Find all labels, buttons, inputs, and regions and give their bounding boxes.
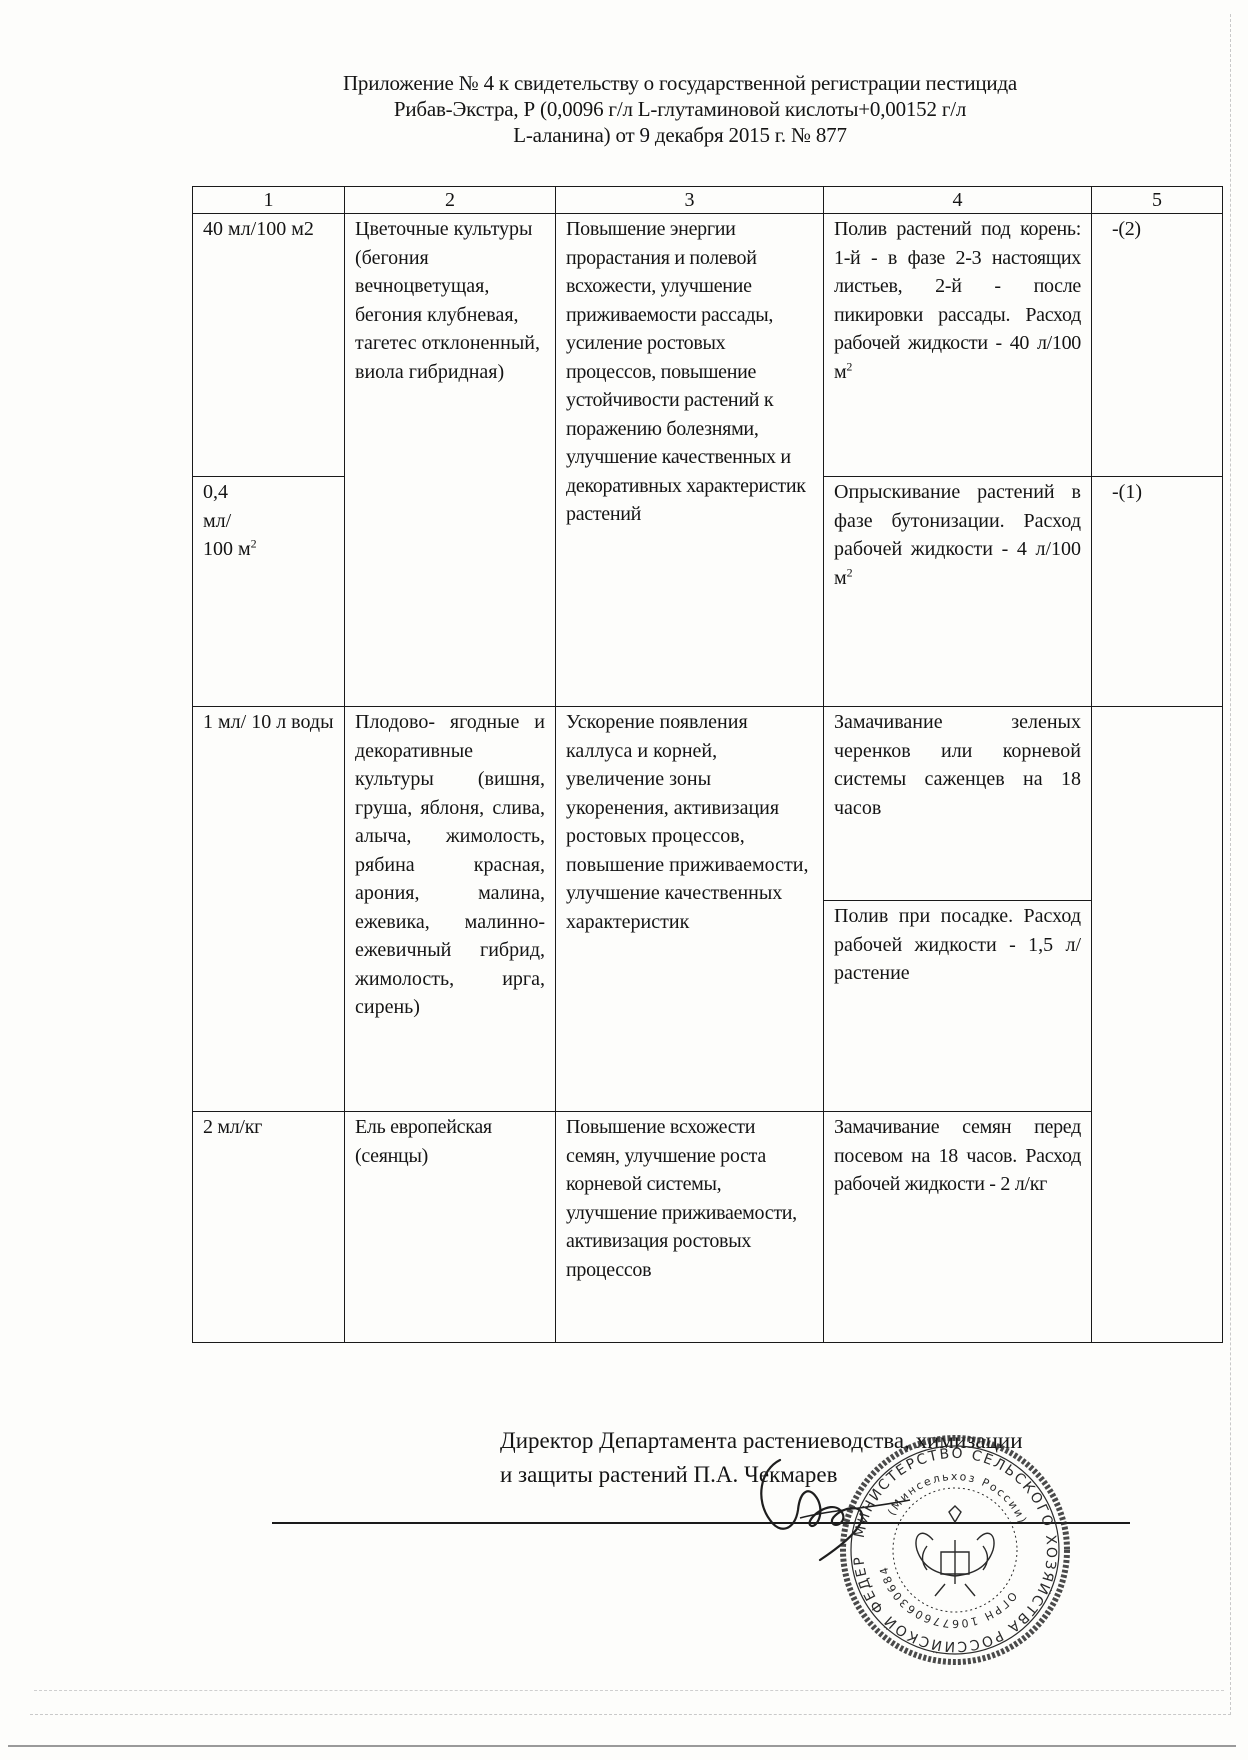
superscript: 2 [847, 565, 853, 579]
page-scan-border-inner [34, 1690, 1224, 1692]
method-cell: Замачивание зеленых черенков или корнево… [824, 707, 1092, 901]
method-text: Полив растений под корень: 1-й - в фазе … [834, 218, 1081, 383]
rate-cell: 1 мл/ 10 л воды [193, 707, 345, 1112]
column-header: 5 [1092, 187, 1223, 214]
column-header: 4 [824, 187, 1092, 214]
rate-cell: 2 мл/кг [193, 1112, 345, 1343]
method-cell: Полив растений под корень: 1-й - в фазе … [824, 214, 1092, 477]
heading-line-2: Рибав-Экстра, Р (0,0096 г/л L-глутаминов… [240, 96, 1120, 122]
heading-line-1: Приложение № 4 к свидетельству о государ… [240, 70, 1120, 96]
rate-cell: 40 мл/100 м2 [193, 214, 345, 477]
method-cell: Опрыскивание растений в фазе бутонизации… [824, 477, 1092, 707]
rate-cell: 0,4 мл/ 100 м2 [193, 477, 345, 707]
waiting-period-cell [1092, 707, 1223, 1343]
rate-line: 100 м2 [203, 535, 334, 564]
column-header: 2 [345, 187, 556, 214]
table-row: 2 мл/кг Ель европейская (сеянцы) Повышен… [193, 1112, 1223, 1343]
document-heading: Приложение № 4 к свидетельству о государ… [240, 70, 1120, 148]
rate-line: мл/ [203, 507, 334, 536]
crop-cell: Плодово- ягодные и декоративные культуры… [345, 707, 556, 1112]
crop-cell: Цветочные культуры (бегония вечноцветуща… [345, 214, 556, 707]
column-header: 1 [193, 187, 345, 214]
column-header: 3 [556, 187, 824, 214]
scan-bottom-edge [8, 1745, 1236, 1747]
purpose-cell: Повышение всхожести семян, улучшение рос… [556, 1112, 824, 1343]
superscript: 2 [846, 359, 852, 373]
table-row: 1 мл/ 10 л воды Плодово- ягодные и декор… [193, 707, 1223, 901]
method-cell: Полив при посадке. Расход рабочей жидкос… [824, 901, 1092, 1112]
crop-cell: Ель европейская (сеянцы) [345, 1112, 556, 1343]
method-text: Опрыскивание растений в фазе бутонизации… [834, 481, 1081, 589]
rate-line: 0,4 [203, 478, 334, 507]
heading-line-3: L-аланина) от 9 декабря 2015 г. № 877 [240, 122, 1120, 148]
table-header-row: 1 2 3 4 5 [193, 187, 1223, 214]
official-stamp-icon: МИНИСТЕРСТВО СЕЛЬСКОГО ХОЗЯЙСТВА РОССИЙС… [835, 1430, 1075, 1670]
method-cell: Замачивание семян перед посевом на 18 ча… [824, 1112, 1092, 1343]
purpose-cell: Повышение энергии прорастания и полевой … [556, 214, 824, 707]
waiting-period-cell: -(1) [1092, 477, 1223, 707]
purpose-cell: Ускорение появления каллуса и корней, ув… [556, 707, 824, 1112]
waiting-period-cell: -(2) [1092, 214, 1223, 477]
table-row: 40 мл/100 м2 Цветочные культуры (бегония… [193, 214, 1223, 477]
registration-table: 1 2 3 4 5 40 мл/100 м2 Цветочные культур… [192, 186, 1223, 1343]
